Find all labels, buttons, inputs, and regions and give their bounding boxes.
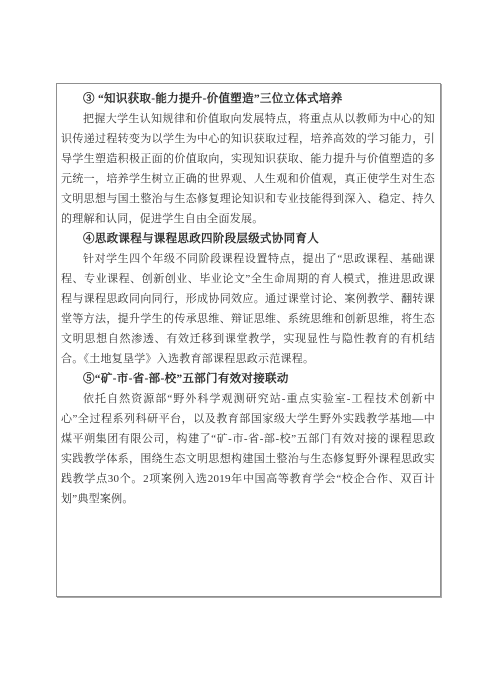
section-5-body: 依托自然资源部“野外科学观测研究站-重点实验室-工程技术创新中心”全过程系列科研…	[61, 389, 435, 509]
section-five-department-linkage: ⑤“矿-市-省-部-校”五部门有效对接联动 依托自然资源部“野外科学观测研究站-…	[61, 369, 435, 509]
document-page: ③ “知识获取-能力提升-价值塑造”三位立体式培养 把握大学生认知规律和价值取向…	[0, 0, 495, 700]
section-3-heading: ③ “知识获取-能力提升-价值塑造”三位立体式培养	[61, 89, 435, 109]
section-5-heading: ⑤“矿-市-省-部-校”五部门有效对接联动	[61, 369, 435, 389]
section-ideology-courses: ④思政课程与课程思政四阶段层级式协同育人 针对学生四个年级不同阶段课程设置特点，…	[61, 229, 435, 369]
section-4-body: 针对学生四个年级不同阶段课程设置特点，提出了“思政课程、基础课程、专业课程、创新…	[61, 249, 435, 369]
section-4-heading: ④思政课程与课程思政四阶段层级式协同育人	[61, 229, 435, 249]
section-knowledge-acquisition: ③ “知识获取-能力提升-价值塑造”三位立体式培养 把握大学生认知规律和价值取向…	[61, 89, 435, 229]
table-cell: ③ “知识获取-能力提升-价值塑造”三位立体式培养 把握大学生认知规律和价值取向…	[56, 83, 441, 597]
section-3-body: 把握大学生认知规律和价值取向发展特点，将重点从以教师为中心的知识传递过程转变为以…	[61, 109, 435, 229]
